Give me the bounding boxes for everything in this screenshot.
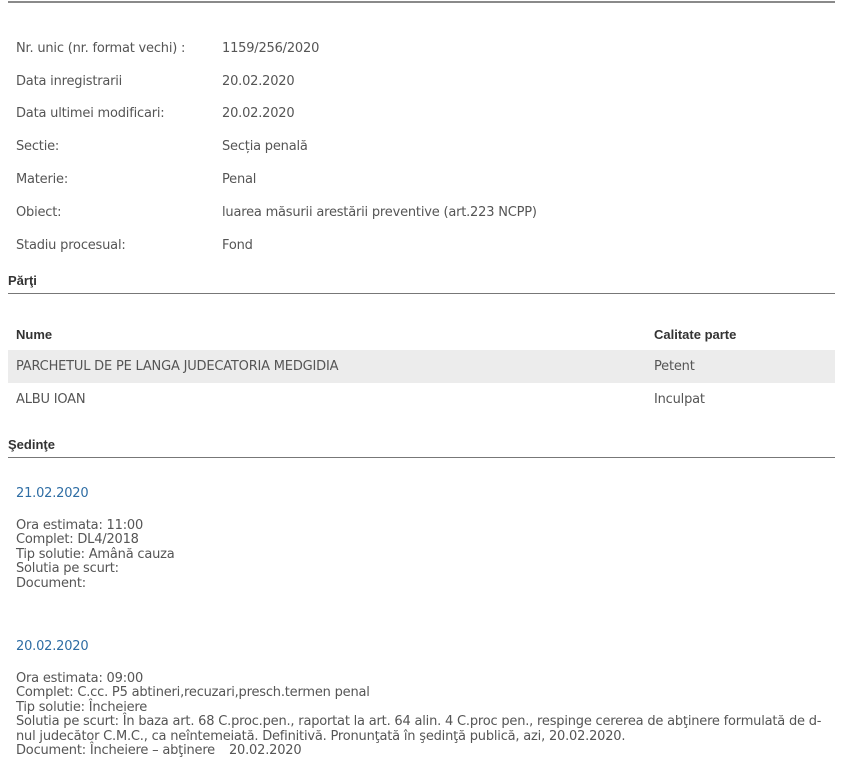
hearing-ora: Ora estimata: 11:00 [16,519,836,534]
info-row-sectie: Sectie: Secția penală [16,130,836,163]
hearing-complet: Complet: C.cc. P5 abtineri,recuzari,pres… [16,686,836,701]
party-name: PARCHETUL DE PE LANGA JUDECATORIA MEDGID… [8,350,646,383]
info-row-stadiu-procesual: Stadiu procesual: Fond [16,229,836,262]
info-label: Data inregistrarii [16,74,222,89]
info-label: Materie: [16,172,222,187]
hearing-document: Document: [16,577,836,592]
hearing-document[interactable]: Document: Încheiere – abţinere [16,743,215,758]
hearing-item: 20.02.2020 Ora estimata: 09:00 Complet: … [16,640,836,759]
info-value: 20.02.2020 [222,74,836,89]
table-row: ALBU IOAN Inculpat [8,383,835,416]
hearing-complet: Complet: DL4/2018 [16,533,836,548]
column-header-nume: Nume [8,318,646,350]
parties-header-row: Nume Calitate parte [8,318,835,350]
hearing-ora: Ora estimata: 09:00 [16,672,836,687]
hearing-date-link[interactable]: 21.02.2020 [16,487,836,502]
parti-section-title: Părţi [8,273,835,294]
hearing-tip-solutie: Tip solutie: Amână cauza [16,548,836,563]
hearing-item: 21.02.2020 Ora estimata: 11:00 Complet: … [16,487,836,591]
case-info: Nr. unic (nr. format vechi) : 1159/256/2… [16,32,836,262]
info-value: Fond [222,238,836,253]
info-value: luarea măsurii arestării preventive (art… [222,205,836,220]
info-row-materie: Materie: Penal [16,163,836,196]
hearing-document-date: 20.02.2020 [229,743,301,758]
hearing-document-line: Document: Încheiere – abţinere20.02.2020 [16,744,836,759]
sedinte-section-title: Şedinţe [8,437,835,458]
info-row-nr-unic: Nr. unic (nr. format vechi) : 1159/256/2… [16,32,836,65]
info-row-obiect: Obiect: luarea măsurii arestării prevent… [16,196,836,229]
info-label: Sectie: [16,139,222,154]
info-value: 20.02.2020 [222,106,836,121]
hearing-date-link[interactable]: 20.02.2020 [16,640,836,655]
table-row: PARCHETUL DE PE LANGA JUDECATORIA MEDGID… [8,350,835,383]
party-role: Petent [646,350,835,383]
info-value: 1159/256/2020 [222,41,836,56]
party-name: ALBU IOAN [8,383,646,416]
info-label: Stadiu procesual: [16,238,222,253]
hearing-solutia-pe-scurt: Solutia pe scurt: În baza art. 68 C.proc… [16,715,836,744]
info-label: Nr. unic (nr. format vechi) : [16,41,222,56]
hearing-tip-solutie: Tip solutie: Încheiere [16,701,836,716]
party-role: Inculpat [646,383,835,416]
hearing-solutia-pe-scurt: Solutia pe scurt: [16,562,836,577]
info-row-data-ultimei-modificari: Data ultimei modificari: 20.02.2020 [16,98,836,131]
info-row-data-inregistrarii: Data inregistrarii 20.02.2020 [16,65,836,98]
column-header-calitate: Calitate parte [646,318,835,350]
info-label: Data ultimei modificari: [16,106,222,121]
top-divider [8,1,835,3]
parties-table: Nume Calitate parte PARCHETUL DE PE LANG… [8,318,835,416]
info-value: Secția penală [222,139,836,154]
info-value: Penal [222,172,836,187]
info-label: Obiect: [16,205,222,220]
